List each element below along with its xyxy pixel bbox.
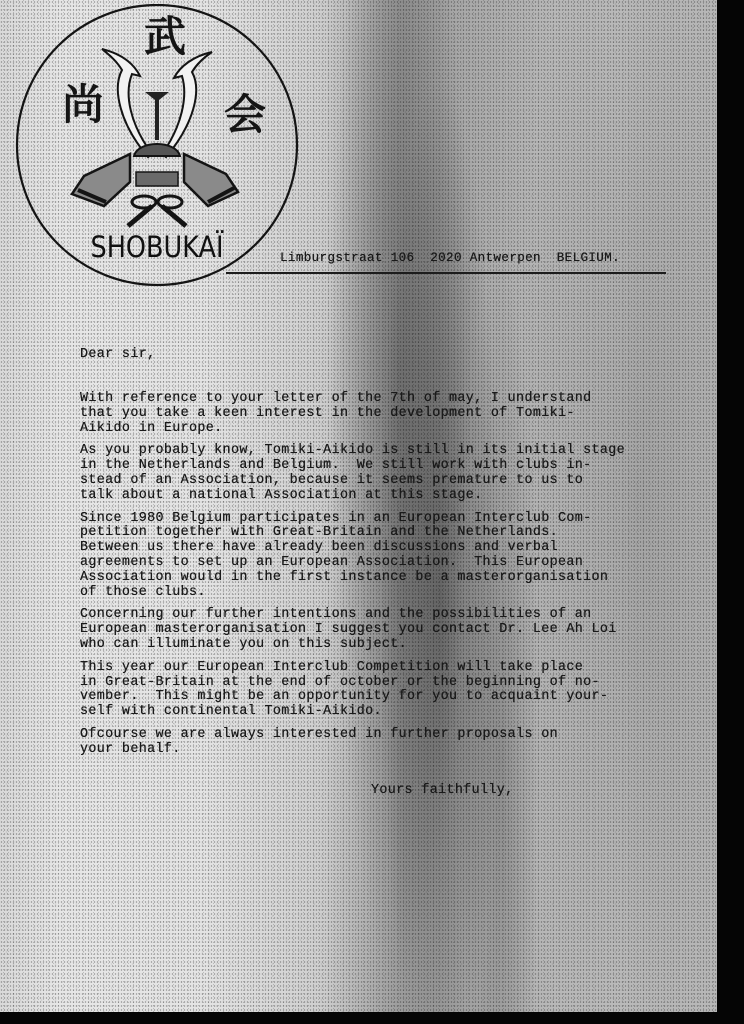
letterhead-rule — [226, 272, 666, 274]
text-line: of those clubs. — [80, 586, 680, 601]
text-line: This year our European Interclub Competi… — [80, 661, 680, 676]
letter-body: With reference to your letter of the 7th… — [80, 392, 680, 766]
kanji-kai: 会 — [224, 94, 266, 136]
text-line: talk about a national Association at thi… — [80, 489, 680, 504]
paragraph-3: Since 1980 Belgium participates in an Eu… — [80, 512, 680, 601]
letter-page: 武 尚 会 SHOBUKAÏ Limburgstraat 106 2020 An… — [0, 0, 717, 1012]
text-line: self with continental Tomiki-Aikido. — [80, 705, 680, 720]
paragraph-2: As you probably know, Tomiki-Aikido is s… — [80, 444, 680, 503]
salutation: Dear sir, — [80, 347, 155, 362]
text-line: As you probably know, Tomiki-Aikido is s… — [80, 444, 680, 459]
letterhead-address: Limburgstraat 106 2020 Antwerpen BELGIUM… — [280, 251, 620, 265]
closing: Yours faithfully, — [371, 783, 514, 798]
text-line: your behalf. — [80, 743, 680, 758]
kanji-sho: 尚 — [62, 84, 104, 126]
text-line: stead of an Association, because it seem… — [80, 474, 680, 489]
kanji-bu: 武 — [144, 16, 186, 58]
text-line: With reference to your letter of the 7th… — [80, 392, 680, 407]
paragraph-6: Ofcourse we are always interested in fur… — [80, 728, 680, 758]
paragraph-5: This year our European Interclub Competi… — [80, 661, 680, 720]
paragraph-4: Concerning our further intentions and th… — [80, 608, 680, 652]
text-line: Association would in the first instance … — [80, 571, 680, 586]
text-line: European masterorganisation I suggest yo… — [80, 623, 680, 638]
text-line: Aikido in Europe. — [80, 422, 680, 437]
text-line: petition together with Great-Britain and… — [80, 526, 680, 541]
text-line: vember. This might be an opportunity for… — [80, 690, 680, 705]
text-line: agreements to set up an European Associa… — [80, 556, 680, 571]
organization-name: SHOBUKAÏ — [29, 230, 284, 264]
text-line: in Great-Britain at the end of october o… — [80, 676, 680, 691]
text-line: Ofcourse we are always interested in fur… — [80, 728, 680, 743]
text-line: in the Netherlands and Belgium. We still… — [80, 459, 680, 474]
text-line: who can illuminate you on this subject. — [80, 638, 680, 653]
text-line: Between us there have already been discu… — [80, 541, 680, 556]
paragraph-1: With reference to your letter of the 7th… — [80, 392, 680, 436]
text-line: that you take a keen interest in the dev… — [80, 407, 680, 422]
shobukai-logo: 武 尚 会 SHOBUKAÏ — [12, 4, 302, 288]
text-line: Since 1980 Belgium participates in an Eu… — [80, 512, 680, 527]
text-line: Concerning our further intentions and th… — [80, 608, 680, 623]
